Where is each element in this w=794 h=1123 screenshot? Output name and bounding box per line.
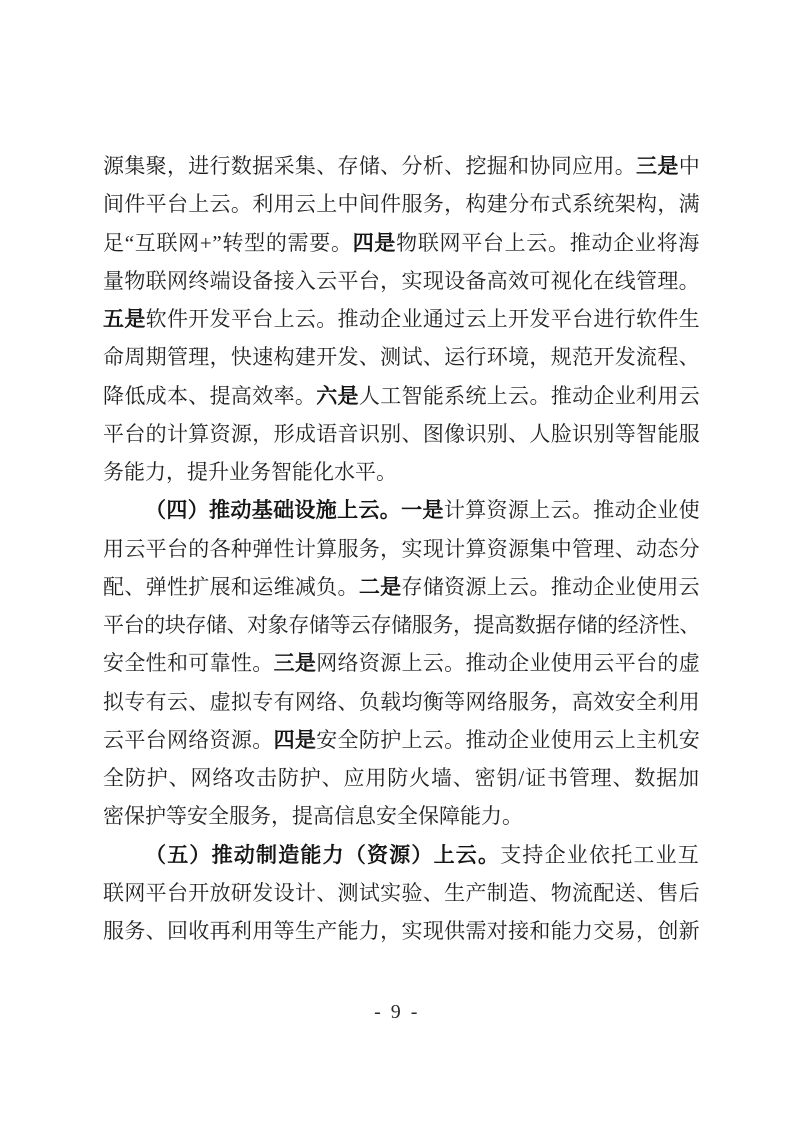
body-text-segment: 存储资源上云。推动企业使用云 <box>402 575 701 599</box>
line-text: 平台的计算资源，形成语音识别、图像识别、人脸识别等智能服 <box>103 422 700 446</box>
body-text-segment: 务能力，提升业务智能化水平。 <box>103 460 397 484</box>
emphasis-text: 二是 <box>359 575 402 599</box>
text-line: 安全性和可靠性。三是网络资源上云。推动企业使用云平台的虚 <box>103 644 700 682</box>
line-text: 足“互联网+”转型的需要。四是物联网平台上云。推动企业将海 <box>103 231 700 255</box>
text-line: 云平台网络资源。四是安全防护上云。推动企业使用云上主机安 <box>103 721 700 759</box>
line-text: 命周期管理，快速构建开发、测试、运行环境，规范开发流程、 <box>103 345 700 369</box>
body-text-segment: 物联网平台上云。推动企业将海 <box>396 231 700 255</box>
text-line: 服务、回收再利用等生产能力，实现供需对接和能力交易，创新 <box>103 912 700 950</box>
line-text: 源集聚，进行数据采集、存储、分析、挖掘和协同应用。三是中 <box>103 154 700 178</box>
text-line: 全防护、网络攻击防护、应用防火墙、密钥/证书管理、数据加 <box>103 759 700 797</box>
emphasis-text: 五是 <box>103 307 146 331</box>
text-line: 命周期管理，快速构建开发、测试、运行环境，规范开发流程、 <box>103 338 700 376</box>
line-text: 服务、回收再利用等生产能力，实现供需对接和能力交易，创新 <box>103 919 700 943</box>
body-text-segment: 安全防护上云。推动企业使用云上主机安 <box>316 728 700 752</box>
body-text-segment: 平台的块存储、对象存储等云存储服务，提高数据存储的经济性、 <box>103 613 700 637</box>
body-text-segment: 联网平台开放研发设计、测试实验、生产制造、物流配送、售后 <box>103 881 700 905</box>
body-text-segment: 命周期管理，快速构建开发、测试、运行环境，规范开发流程、 <box>103 345 700 369</box>
line-text: 务能力，提升业务智能化水平。 <box>103 460 397 484</box>
line-text: 量物联网终端设备接入云平台，实现设备高效可视化在线管理。 <box>103 269 700 293</box>
text-line: 足“互联网+”转型的需要。四是物联网平台上云。推动企业将海 <box>103 224 700 262</box>
emphasis-text: 四是 <box>353 231 396 255</box>
line-text: 配、弹性扩展和运维减负。二是存储资源上云。推动企业使用云 <box>103 575 700 599</box>
body-text-segment: 源集聚，进行数据采集、存储、分析、挖掘和协同应用。 <box>103 154 636 178</box>
body-text-segment: 用云平台的各种弹性计算服务，实现计算资源集中管理、动态分 <box>103 537 700 561</box>
document-body: 源集聚，进行数据采集、存储、分析、挖掘和协同应用。三是中间件平台上云。利用云上中… <box>103 147 700 950</box>
emphasis-text: 六是 <box>316 384 359 408</box>
body-text-segment: 服务、回收再利用等生产能力，实现供需对接和能力交易，创新 <box>103 919 700 943</box>
text-line: 联网平台开放研发设计、测试实验、生产制造、物流配送、售后 <box>103 874 700 912</box>
body-text-segment: 支持企业依托工业互 <box>500 843 700 867</box>
line-text: 联网平台开放研发设计、测试实验、生产制造、物流配送、售后 <box>103 881 700 905</box>
text-line: （五）推动制造能力（资源）上云。支持企业依托工业互 <box>103 836 700 874</box>
emphasis-text: 四是 <box>274 728 317 752</box>
body-text-segment: 软件开发平台上云。推动企业通过云上开发平台进行软件生 <box>146 307 700 331</box>
line-text: 全防护、网络攻击防护、应用防火墙、密钥/证书管理、数据加 <box>103 766 700 790</box>
line-text: 平台的块存储、对象存储等云存储服务，提高数据存储的经济性、 <box>103 613 700 637</box>
line-text: 五是软件开发平台上云。推动企业通过云上开发平台进行软件生 <box>103 307 700 331</box>
paragraph: （四）推动基础设施上云。一是计算资源上云。推动企业使用云平台的各种弹性计算服务，… <box>103 491 700 835</box>
page-number: - 9 - <box>0 999 794 1025</box>
text-line: 五是软件开发平台上云。推动企业通过云上开发平台进行软件生 <box>103 300 700 338</box>
body-text-segment: 人工智能系统上云。推动企业利用云 <box>359 384 700 408</box>
body-text-segment: 中 <box>679 154 700 178</box>
text-line: 量物联网终端设备接入云平台，实现设备高效可视化在线管理。 <box>103 262 700 300</box>
document-page: 源集聚，进行数据采集、存储、分析、挖掘和协同应用。三是中间件平台上云。利用云上中… <box>0 0 794 1123</box>
paragraph: （五）推动制造能力（资源）上云。支持企业依托工业互联网平台开放研发设计、测试实验… <box>103 836 700 951</box>
body-text-segment: 网络资源上云。推动企业使用云平台的虚 <box>316 651 700 675</box>
text-line: 密保护等安全服务，提高信息安全保障能力。 <box>103 797 700 835</box>
text-line: 配、弹性扩展和运维减负。二是存储资源上云。推动企业使用云 <box>103 568 700 606</box>
body-text-segment: 安全性和可靠性。 <box>103 651 274 675</box>
emphasis-text: （五）推动制造能力（资源）上云。 <box>145 843 500 867</box>
line-text: 用云平台的各种弹性计算服务，实现计算资源集中管理、动态分 <box>103 537 700 561</box>
line-text: 降低成本、提高效率。六是人工智能系统上云。推动企业利用云 <box>103 384 700 408</box>
body-text-segment: 降低成本、提高效率。 <box>103 384 316 408</box>
text-line: 平台的计算资源，形成语音识别、图像识别、人脸识别等智能服 <box>103 415 700 453</box>
text-line: 平台的块存储、对象存储等云存储服务，提高数据存储的经济性、 <box>103 606 700 644</box>
emphasis-text: 三是 <box>274 651 317 675</box>
line-text: 密保护等安全服务，提高信息安全保障能力。 <box>103 804 523 828</box>
line-text: 拟专有云、虚拟专有网络、负载均衡等网络服务，高效安全利用 <box>103 690 700 714</box>
body-text-segment: 平台的计算资源，形成语音识别、图像识别、人脸识别等智能服 <box>103 422 700 446</box>
emphasis-text: 三是 <box>636 154 679 178</box>
body-text-segment: 全防护、网络攻击防护、应用防火墙、密钥/证书管理、数据加 <box>103 766 700 790</box>
text-line: 源集聚，进行数据采集、存储、分析、挖掘和协同应用。三是中 <box>103 147 700 185</box>
body-text-segment: 拟专有云、虚拟专有网络、负载均衡等网络服务，高效安全利用 <box>103 690 700 714</box>
body-text-segment: 云平台网络资源。 <box>103 728 274 752</box>
line-text: 云平台网络资源。四是安全防护上云。推动企业使用云上主机安 <box>103 728 700 752</box>
body-text-segment: 计算资源上云。推动企业使 <box>444 498 700 522</box>
paragraph: 源集聚，进行数据采集、存储、分析、挖掘和协同应用。三是中间件平台上云。利用云上中… <box>103 147 700 491</box>
line-text: （五）推动制造能力（资源）上云。支持企业依托工业互 <box>145 843 700 867</box>
text-line: 务能力，提升业务智能化水平。 <box>103 453 700 491</box>
body-text-segment: 足“互联网+”转型的需要。 <box>103 231 353 255</box>
body-text-segment: 量物联网终端设备接入云平台，实现设备高效可视化在线管理。 <box>103 269 700 293</box>
text-line: （四）推动基础设施上云。一是计算资源上云。推动企业使 <box>103 491 700 529</box>
line-text: 间件平台上云。利用云上中间件服务，构建分布式系统架构，满 <box>103 192 700 216</box>
body-text-segment: 配、弹性扩展和运维减负。 <box>103 575 359 599</box>
body-text-segment: 间件平台上云。利用云上中间件服务，构建分布式系统架构，满 <box>103 192 700 216</box>
line-text: 安全性和可靠性。三是网络资源上云。推动企业使用云平台的虚 <box>103 651 700 675</box>
body-text-segment: 密保护等安全服务，提高信息安全保障能力。 <box>103 804 523 828</box>
text-line: 间件平台上云。利用云上中间件服务，构建分布式系统架构，满 <box>103 185 700 223</box>
text-line: 拟专有云、虚拟专有网络、负载均衡等网络服务，高效安全利用 <box>103 683 700 721</box>
line-text: （四）推动基础设施上云。一是计算资源上云。推动企业使 <box>145 498 700 522</box>
text-line: 降低成本、提高效率。六是人工智能系统上云。推动企业利用云 <box>103 377 700 415</box>
text-line: 用云平台的各种弹性计算服务，实现计算资源集中管理、动态分 <box>103 530 700 568</box>
emphasis-text: （四）推动基础设施上云。一是 <box>145 498 444 522</box>
